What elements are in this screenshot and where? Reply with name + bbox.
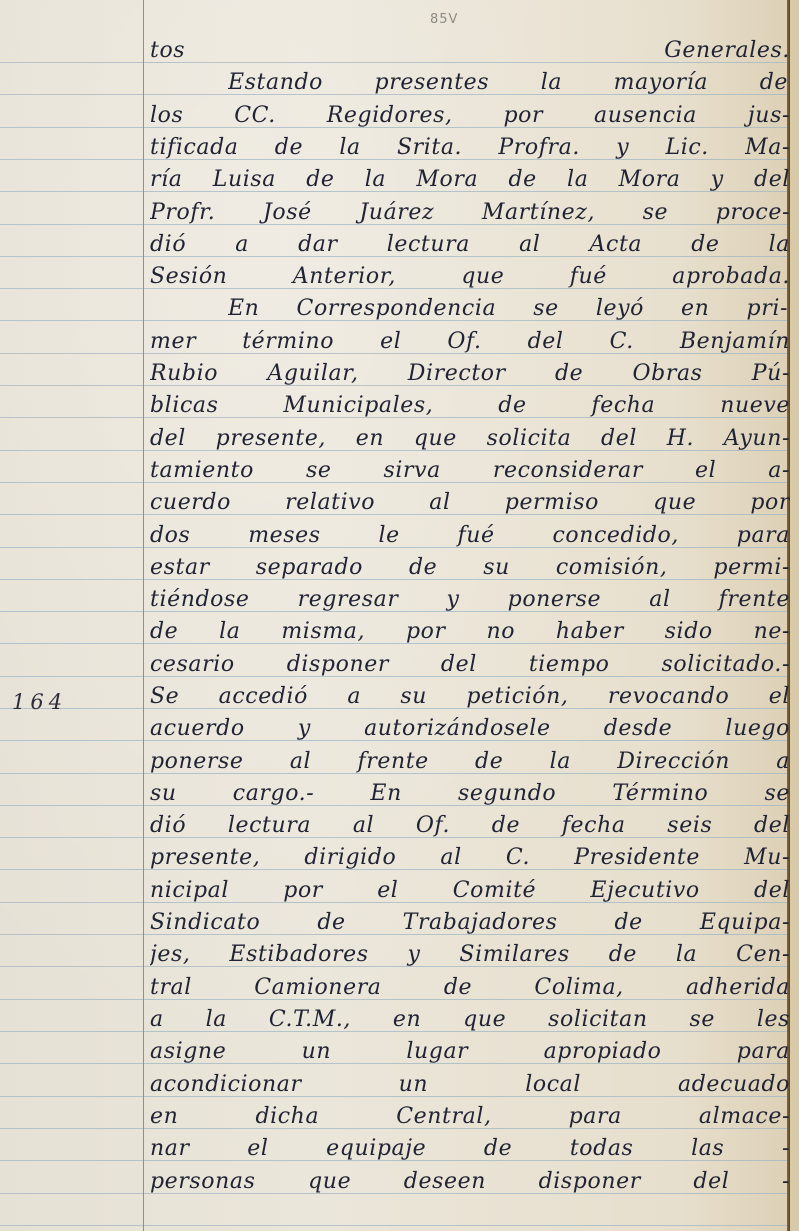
folio-number: 85V xyxy=(430,12,458,27)
text-line: a la C.T.M., en que solicitan se les xyxy=(150,1007,790,1033)
text-line: Rubio Aguilar, Director de Obras Pú- xyxy=(150,361,790,387)
text-line: dió a dar lectura al Acta de la xyxy=(150,232,790,258)
text-line: mer término el Of. del C. Benjamín xyxy=(150,329,790,355)
ledger-page: 85V 164 tos Generales.Estando presentes … xyxy=(0,0,799,1231)
text-line: Estando presentes la mayoría de xyxy=(228,70,788,96)
text-line: blicas Municipales, de fecha nueve xyxy=(150,393,790,419)
text-line: cuerdo relativo al permiso que por xyxy=(150,490,790,516)
ruled-line xyxy=(0,1225,788,1226)
text-line: presente, dirigido al C. Presidente Mu- xyxy=(150,845,790,871)
text-line: jes, Estibadores y Similares de la Cen- xyxy=(150,942,790,968)
text-line: ría Luisa de la Mora de la Mora y del xyxy=(150,167,790,193)
margin-annotation: 164 xyxy=(12,690,67,714)
text-line: tamiento se sirva reconsiderar el a- xyxy=(150,458,790,484)
text-line: Sindicato de Trabajadores de Equipa- xyxy=(150,910,790,936)
text-line: Sesión Anterior, que fué aprobada. xyxy=(150,264,790,290)
text-line: dos meses le fué concedido, para xyxy=(150,523,790,549)
text-line: de la misma, por no haber sido ne- xyxy=(150,619,790,645)
text-line: los CC. Regidores, por ausencia jus- xyxy=(150,103,790,129)
text-line: nicipal por el Comité Ejecutivo del xyxy=(150,878,790,904)
text-line: personas que deseen disponer del - xyxy=(150,1169,790,1195)
text-line: tos Generales. xyxy=(150,38,790,64)
text-line: tiéndose regresar y ponerse al frente xyxy=(150,587,790,613)
text-line: En Correspondencia se leyó en pri- xyxy=(228,296,788,322)
text-line: tral Camionera de Colima, adherida xyxy=(150,975,790,1001)
text-line: asigne un lugar apropiado para xyxy=(150,1039,790,1065)
text-line: cesario disponer del tiempo solicitado.- xyxy=(150,652,790,678)
text-line: estar separado de su comisión, permi- xyxy=(150,555,790,581)
text-line: acuerdo y autorizándosele desde luego xyxy=(150,716,790,742)
text-line: Profr. José Juárez Martínez, se proce- xyxy=(150,200,790,226)
text-line: ponerse al frente de la Dirección a xyxy=(150,749,790,775)
text-line: Se accedió a su petición, revocando el xyxy=(150,684,790,710)
adjacent-page-edge xyxy=(790,0,799,1231)
red-margin-line xyxy=(143,0,144,1231)
text-line: acondicionar un local adecuado xyxy=(150,1072,790,1098)
text-line: tificada de la Srita. Profra. y Lic. Ma- xyxy=(150,135,790,161)
text-line: dió lectura al Of. de fecha seis del xyxy=(150,813,790,839)
text-line: nar el equipaje de todas las - xyxy=(150,1136,790,1162)
text-line: su cargo.- En segundo Término se xyxy=(150,781,790,807)
text-line: del presente, en que solicita del H. Ayu… xyxy=(150,426,790,452)
text-line: en dicha Central, para almace- xyxy=(150,1104,790,1130)
